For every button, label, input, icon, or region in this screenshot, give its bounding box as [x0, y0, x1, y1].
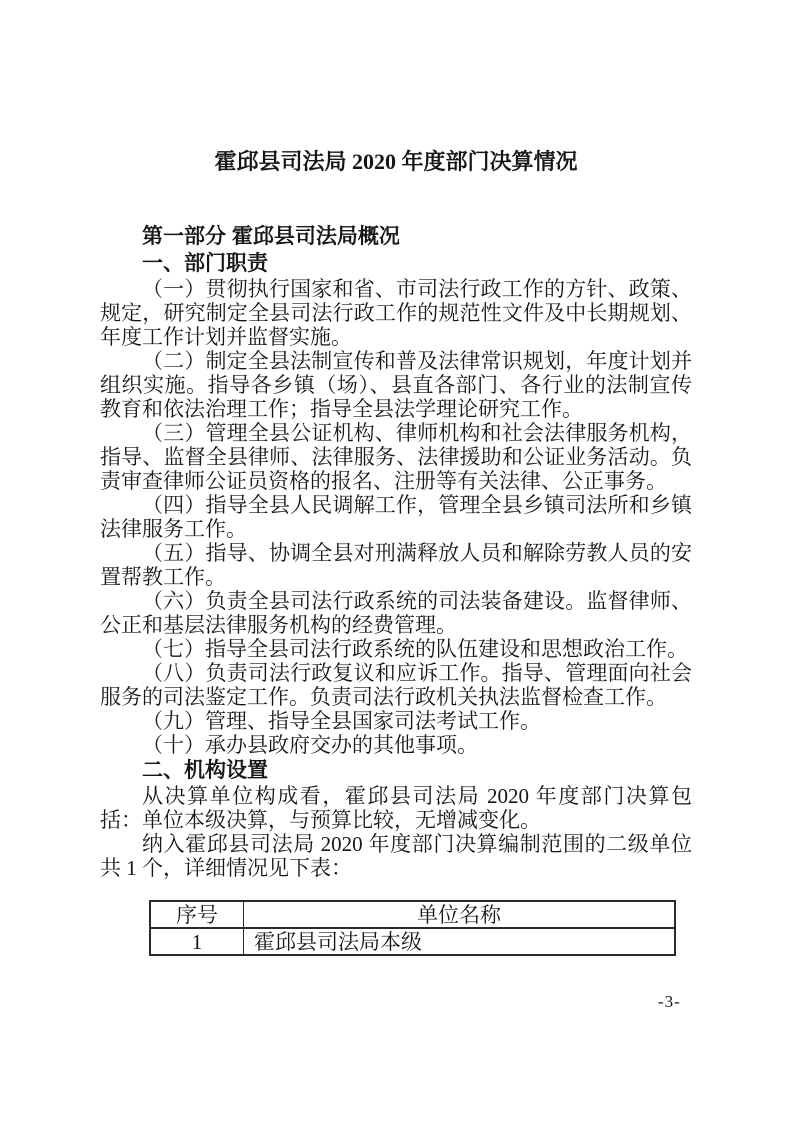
column-header-index: 序号 [150, 901, 244, 928]
section-heading: 二、机构设置 [100, 757, 692, 784]
unit-name-cell: 霍邱县司法局本级 [244, 928, 676, 955]
paragraph: （一）贯彻执行国家和省、市司法行政工作的方针、政策、规定，研究制定全县司法行政工… [100, 277, 692, 349]
paragraph: （七）指导全县司法行政系统的队伍建设和思想政治工作。 [100, 637, 692, 661]
paragraph: （二）制定全县法制宣传和普及法律常识规划，年度计划并组织实施。指导各乡镇（场）、… [100, 349, 692, 421]
paragraph: （八）负责司法行政复议和应诉工作。指导、管理面向社会服务的司法鉴定工作。负责司法… [100, 661, 692, 709]
paragraph: （六）负责全县司法行政系统的司法装备建设。监督律师、公正和基层法律服务机构的经费… [100, 589, 692, 637]
paragraph: （九）管理、指导全县国家司法考试工作。 [100, 709, 692, 733]
paragraph: 从决算单位构成看，霍邱县司法局 2020 年度部门决算包括：单位本级决算，与预算… [100, 784, 692, 832]
document-body: 第一部分 霍邱县司法局概况一、部门职责（一）贯彻执行国家和省、市司法行政工作的方… [100, 223, 692, 880]
column-header-unit-name: 单位名称 [244, 901, 676, 928]
paragraph: 纳入霍邱县司法局 2020 年度部门决算编制范围的二级单位共 1 个，详细情况见… [100, 832, 692, 880]
paragraph: （三）管理全县公证机构、律师机构和社会法律服务机构，指导、监督全县律师、法律服务… [100, 421, 692, 493]
page-number: -3- [658, 992, 681, 1012]
unit-index-cell: 1 [150, 928, 244, 955]
section-heading: 一、部门职责 [100, 250, 692, 277]
units-table-header: 序号单位名称 [150, 901, 675, 928]
paragraph: （十）承办县政府交办的其他事项。 [100, 733, 692, 757]
document-title: 霍邱县司法局 2020 年度部门决算情况 [100, 146, 692, 177]
paragraph: （五）指导、协调全县对刑满释放人员和解除劳教人员的安置帮教工作。 [100, 541, 692, 589]
section-heading: 第一部分 霍邱县司法局概况 [100, 223, 692, 250]
units-table: 序号单位名称 1霍邱县司法局本级 [149, 900, 676, 956]
document-page: 霍邱县司法局 2020 年度部门决算情况 第一部分 霍邱县司法局概况一、部门职责… [0, 0, 793, 1122]
table-row: 1霍邱县司法局本级 [150, 928, 675, 955]
paragraph: （四）指导全县人民调解工作，管理全县乡镇司法所和乡镇法律服务工作。 [100, 493, 692, 541]
table-header-row: 序号单位名称 [150, 901, 675, 928]
units-table-body: 1霍邱县司法局本级 [150, 928, 675, 955]
